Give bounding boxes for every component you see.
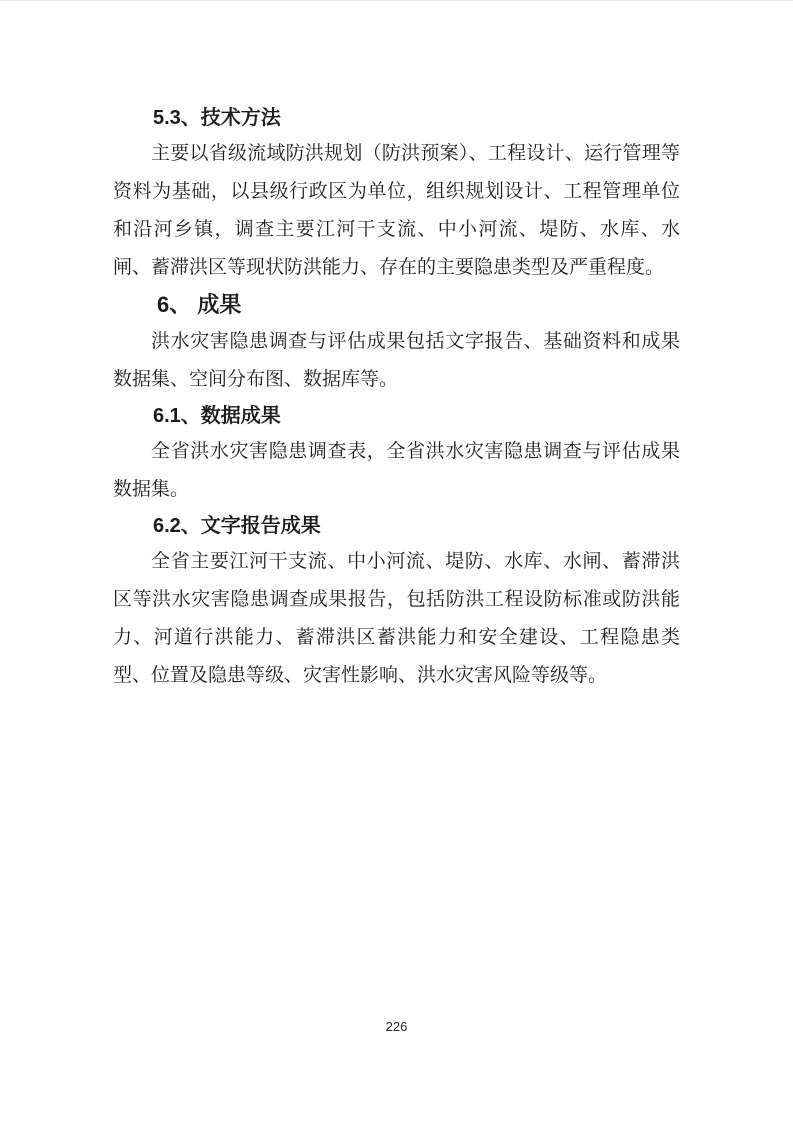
section-heading: 5.3、技术方法: [113, 101, 680, 135]
body-paragraph: 全省洪水灾害隐患调查表，全省洪水灾害隐患调查与评估成果数据集。: [113, 433, 680, 509]
section-heading: 6.1、数据成果: [113, 399, 680, 433]
section-heading: 6、 成果: [113, 287, 680, 323]
body-paragraph: 洪水灾害隐患调查与评估成果包括文字报告、基础资料和成果数据集、空间分布图、数据库…: [113, 323, 680, 399]
document-page: 5.3、技术方法主要以省级流域防洪规划（防洪预案）、工程设计、运行管理等资料为基…: [0, 0, 793, 1122]
document-body: 5.3、技术方法主要以省级流域防洪规划（防洪预案）、工程设计、运行管理等资料为基…: [113, 101, 680, 695]
page-number: 226: [0, 1019, 793, 1034]
section-heading: 6.2、文字报告成果: [113, 509, 680, 543]
body-paragraph: 全省主要江河干支流、中小河流、堤防、水库、水闸、蓄滞洪区等洪水灾害隐患调查成果报…: [113, 543, 680, 695]
body-paragraph: 主要以省级流域防洪规划（防洪预案）、工程设计、运行管理等资料为基础，以县级行政区…: [113, 135, 680, 287]
